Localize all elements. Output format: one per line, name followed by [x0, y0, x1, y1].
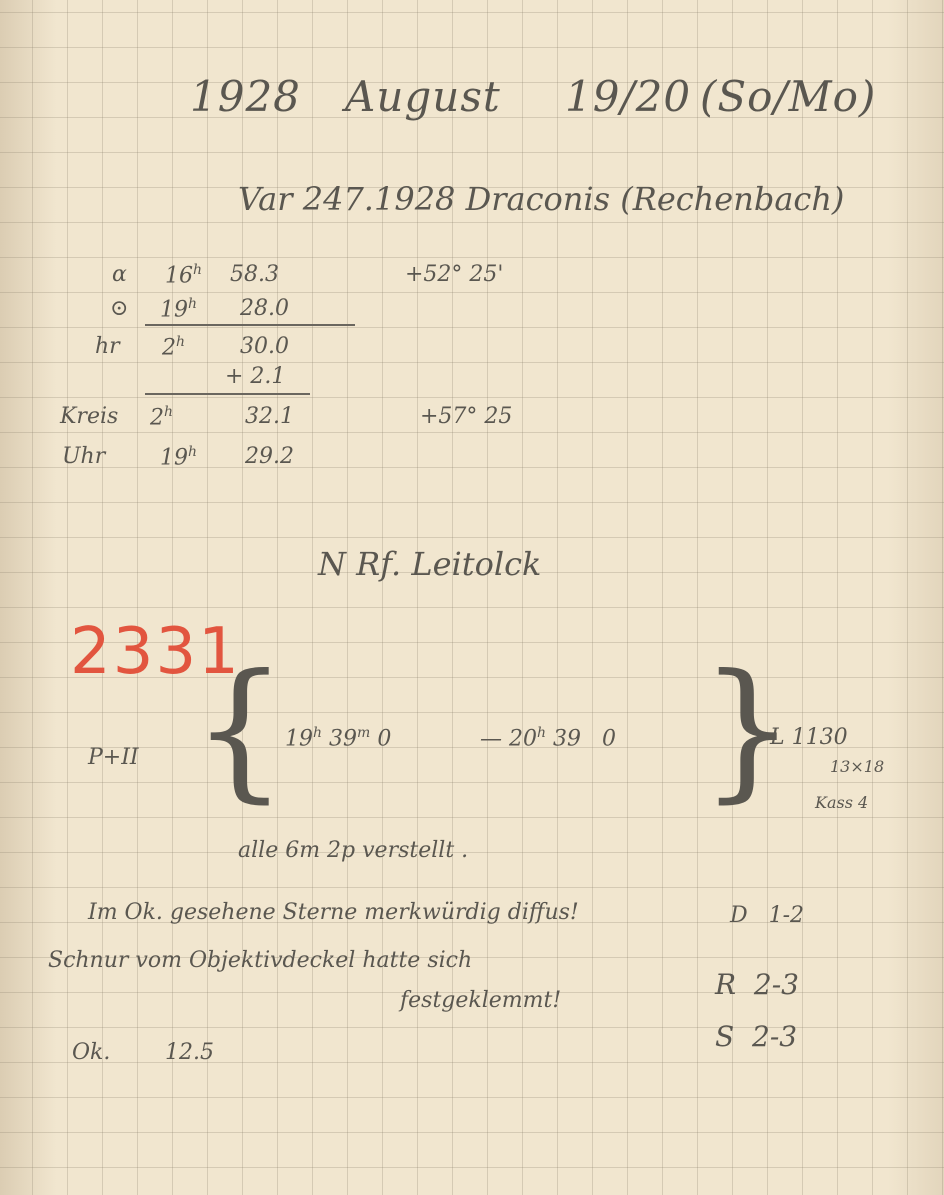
- header-month: August: [345, 72, 501, 121]
- row-label: Uhr: [62, 444, 105, 469]
- row-minutes: 58.3: [230, 262, 279, 287]
- ok-label: Ok.: [72, 1040, 110, 1065]
- row-hours: 16h: [165, 262, 202, 288]
- row-hours: 19h: [160, 444, 197, 470]
- row-hours: 2h: [150, 404, 173, 430]
- plate-label: P+II: [88, 745, 139, 770]
- row-correction: + 2.1: [225, 364, 285, 389]
- exposure-start: 19h 39m 0: [285, 725, 391, 751]
- row-minutes: 32.1: [245, 404, 294, 429]
- notebook-page: 1928 August 19/20 (So/Mo) Var 247.1928 D…: [0, 0, 944, 1195]
- remark-line-2: Schnur vom Objektivdeckel hatte sich: [48, 948, 472, 973]
- condition-r: R 2-3: [715, 968, 799, 1001]
- header-date: 19/20: [565, 72, 691, 121]
- plate-note: alle 6m 2p verstellt .: [238, 838, 468, 863]
- row-hours: 2h: [162, 334, 185, 360]
- object-line: Var 247.1928 Draconis (Rechenbach): [238, 180, 844, 218]
- row-label: Kreis: [60, 404, 118, 429]
- row-label: hr: [95, 334, 120, 359]
- emulsion: L 1130: [770, 725, 848, 750]
- row-declination: +57° 25: [420, 404, 512, 429]
- header-year: 1928: [190, 72, 301, 121]
- instrument-line: N Rf. Leitolck: [318, 545, 541, 583]
- cassette: Kass 4: [815, 793, 868, 812]
- plate-size: 13×18: [830, 757, 884, 776]
- left-brace: {: [192, 655, 287, 805]
- header-observer: (So/Mo): [700, 72, 876, 121]
- sum-rule: [145, 393, 310, 395]
- ok-value: 12.5: [165, 1040, 214, 1065]
- row-minutes: 29.2: [245, 444, 294, 469]
- row-declination: +52° 25': [405, 262, 503, 287]
- condition-s: S 2-3: [715, 1020, 797, 1053]
- row-label: α: [112, 262, 127, 287]
- sum-rule: [145, 324, 355, 326]
- remark-line-1: Im Ok. gesehene Sterne merkwürdig diffus…: [88, 900, 579, 925]
- condition-d: D 1-2: [730, 903, 804, 928]
- row-hours: 19h: [160, 296, 197, 322]
- row-minutes: 28.0: [240, 296, 289, 321]
- row-minutes: 30.0: [240, 334, 289, 359]
- exposure-end: — 20h 39 0: [480, 725, 616, 751]
- row-label: ⊙: [110, 296, 128, 321]
- remark-line-3: festgeklemmt!: [400, 988, 561, 1013]
